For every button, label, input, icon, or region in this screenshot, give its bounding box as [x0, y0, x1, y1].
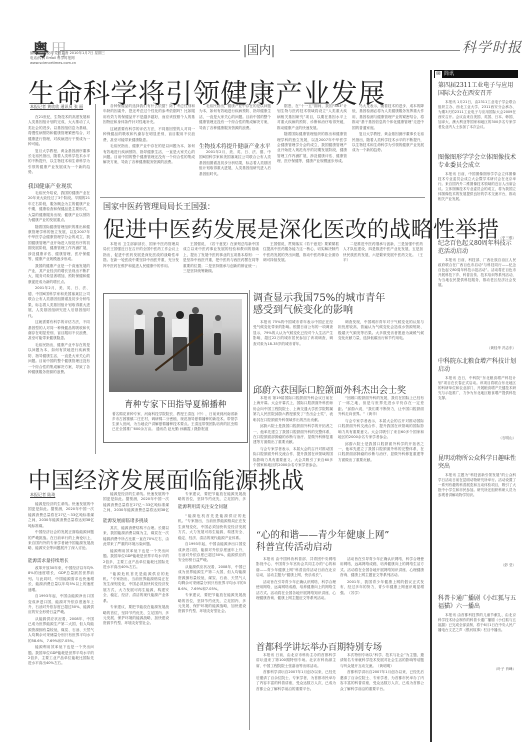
article-column: 王国强说，贯彻落实《若干意见》要紧紧抓住提高中医药服务能力这一核心，切实解决制约… [263, 242, 339, 286]
byline-energy: 本报记者 陆琦 [30, 492, 55, 498]
brief-item: 中科院东北粮食增产科技计划启动 本报讯 近日，中科院“东北粮食增产科技计划”项目… [438, 358, 516, 441]
subhead-current-status: 我国健康产业现状 [28, 182, 72, 190]
headline-qiu-award: 邱蔚六获国际口腔颌面外科杰出会士奖 [253, 383, 406, 396]
article-column: 改革开放30年来，中国经济以年均9.8%的速度增长，GDP总量跃居世界前列。与此… [28, 566, 94, 742]
photo-caption: 育种专家下田指导夏棉播种 [104, 398, 247, 410]
article-column: 马大龙表示，随着技术的进步、成本的降低，基因检测必将为人类健康服务发挥重大作用，… [352, 104, 424, 194]
article-column: 能源是经济的生命线。快速发展的中国更是如此。据预测，2020年中国一次能源消费总… [103, 492, 169, 514]
article-column: 各种保健品的选择我们有什么依据？除了考虑性别和年龄的因素外，您还考虑过个性化的参… [103, 104, 195, 194]
masthead-meta: 编辑/版式/校对 党报监督 2010年1月7日 星期三 电话/传真 Email … [30, 51, 120, 66]
brief-title: 中科院东北粮食增产科技计划启动 [438, 358, 516, 373]
article-column: 调查发现，中国城市青年对于气候变化的认知与担忧度较高，普遍认为气候变化会造成水资… [338, 320, 424, 380]
brief-item: 图像图形学学会立体图像技术专业委员会成立 本报讯 日前，中国图像图形学学会立体图… [438, 154, 516, 241]
article-column: 王国强说，《若干意见》在深刻总结新中国成立以来中医药事业发展的经验和教训的基础上… [183, 242, 259, 286]
brief-credit: （彭 莹） [438, 563, 516, 568]
photo-credit: 通讯员 赵允勤 孙鹏霞 / 摄影报道 [156, 427, 209, 431]
brief-title: 纪念百色起义80周年科技示范活动启动 [438, 240, 516, 255]
section-label: |国内| [243, 41, 275, 58]
headline-climate-survey: 调查显示我国75%的城市青年 感受到气候变化的影响 [253, 293, 385, 317]
news-icon: ✉ [435, 71, 442, 78]
byline-life-science: 本报记者 黄欣欣 通讯员 张 丽 [30, 104, 83, 110]
news-briefs-label: 简讯 [444, 71, 454, 77]
article-column: 专家建议，要把节能放在能源发展战略的首位，坚持节约优先、立足国内、多元发展、保护… [178, 492, 246, 502]
brief-title: 图像图形学学会立体图像技术专业委员会成立 [438, 154, 516, 169]
headline-energy: 中国经济发展面临能源挑战 [28, 462, 304, 495]
article-column: 二是推进中医药继承与创新，三是加强中医药人才队伍建设，四是推进中医产业化发展，五… [343, 242, 423, 286]
article-column: 本报讯 日前，由北京市科协主办的首都科学讲坛迎来了第100期特别专场。北京市科协… [256, 653, 336, 715]
brief-title: 昆明动物所公众科学日趣味性突出 [438, 455, 516, 470]
brief-body: 本报讯 1月21日，由2311工业电子学会联合组织主办、西北工业大学、2311西… [438, 100, 516, 156]
brief-credit: （石明山） [438, 436, 516, 441]
photo-description: 著名棉花育种专家、河南科技学院院长、教授王清连（中），日前来到河南省新乡市古固寨… [112, 412, 240, 432]
brief-credit: （叶子 肖峰） [438, 667, 516, 672]
subhead-energy-demand: 能源需求量持续增长 [28, 558, 69, 564]
masthead-rule-right [290, 50, 460, 51]
brief-body: 本报讯 近日，中科院“东北粮食增产科技计划”项目在长春正式启动。该项目将联合东北… [438, 376, 516, 436]
article-column: “能源危机首先是能源供应的危机。”专家指出，当前世界能源格局正在发生深刻变化，中… [178, 514, 246, 742]
column-rule [249, 290, 250, 730]
article-column: 据悉，在“十一五”期间，我国“863”计划生物与医药技术领域将设立“人类重大疾病… [277, 104, 347, 194]
news-briefs-sidebar: ✉简讯 第四届2311工业电子与应用国际大会在西安召开 本报讯 1月21日，由2… [430, 70, 518, 742]
subhead-energy-challenges: 能源发展面临诸多挑战 [103, 518, 148, 524]
article-column: 本报讯 75%的中国城市青年表示中国正在经受气候变化带来的影响。根据日前公布的一… [253, 320, 333, 380]
article-column: 毛裕民介绍说，我国的健康产业在20年来大致经过了3个阶段。早期的21年左右阶段，… [28, 191, 90, 403]
article-column: 能源是经济的生命线。快速发展的中国更是如此。据预测，2020年中国一次能源消费总… [28, 502, 94, 552]
brief-item: 纪念百色起义80周年科技示范活动启动 本报讯 日前，科技部、广西壮族自治区人民政… [438, 240, 516, 351]
article-column: 2001年2月，美、英、日、法、德、中国6国科学家和美国塞莱拉公司联合公布人类基… [199, 150, 271, 194]
newspaper-brand-logo: 科学时报 [462, 37, 522, 57]
subhead-energy-safety: 能源利用需关注安全问题 [178, 504, 228, 510]
brief-item: 科普卡通广播剧《小红狐与五福猫》六一播出 本报讯 由首都科技界的儿童节献礼、由北… [438, 595, 516, 672]
headline-capital-forum: 首都科学讲坛举办百期特别专场 [256, 640, 382, 653]
article-column: 本次特别专场以“科学、技术与社会”为主题，邀请知名专家就科学技术发展对社会生活的… [340, 653, 424, 715]
headline-teen-health: “心的和谐——青少年健康上网” 科普宣传活动启动 [256, 530, 389, 554]
article-column: 毛裕民指出，健康产业中存在的是以问题为本，如何有效地进行疾病预防、指导健康生活，… [199, 104, 271, 138]
kicker-tcm: 国家中医药管理局局长王国强： [103, 201, 215, 212]
brief-credit: （黄桂华 冯志东） [438, 346, 516, 351]
section-divider [100, 197, 425, 198]
brief-item: 昆明动物所公众科学日趣味性突出 本报讯 主题为“科技创新引领发展”的公众科学日活… [438, 455, 516, 568]
photo-cotton-sowing [109, 299, 242, 392]
brief-body: 本报讯 主题为“科技创新引领发展”的公众科学日活动日前在昆明动物研究所举行。活动… [438, 473, 516, 563]
article-column: 在21世纪，生物技术的高度发展和人类基因组计划的完成，大大推动了人类社会的进步。… [28, 115, 90, 175]
article-column: 本报讯 卫生部副部长、国家中医药管理局局长王国强近日在召开的全国中医药工作会议上… [103, 242, 179, 286]
article-column: 其次，能源消费结构不合理。长期以来，我国能源消费以煤为主，煤炭在一次能源消费中所… [103, 526, 169, 742]
article-column: 活动旨在引导青少年正确认识网络，科学合理使用网络，远离网络成瘾，培养健康向上的网… [340, 557, 424, 617]
column-rule [95, 104, 96, 454]
article-column: 本报讯 由中国科协科普部、共青团中央网络影视中心、中国青少年宫协会共同主办的“心… [256, 557, 336, 617]
brief-item: 第四届2311工业电子与应用国际大会在西安召开 本报讯 1月21日，由2311工… [438, 82, 516, 156]
brief-title: 科普卡通广播剧《小红狐与五福猫》六一播出 [438, 595, 516, 610]
brief-title: 第四届2311工业电子与应用国际大会在西安召开 [438, 82, 516, 97]
subhead-biotech: 生物技术将提升健康产业水平 [199, 142, 271, 150]
photo-feature-cotton: 育种专家下田指导夏棉播种 著名棉花育种专家、河南科技学院院长、教授王清连（中），… [103, 293, 248, 443]
brief-body: 本报讯 日前，科技部、广西壮族自治区人民政府联合在广西百色市启动“与科技同行——… [438, 258, 516, 346]
brief-body: 本报讯 由首都科技界的儿童节献礼、由北京科学技术协会制作的科普卡通广播剧《小红狐… [438, 613, 516, 667]
masthead-meta-line2: 电话/传真 Email 科学时报网 www.sciencetimes.com.c… [30, 56, 120, 66]
brief-body: 本报讯 日前，中国图像图形学学会立体图像技术专业委员会成立大会暨学术研讨会在北京… [438, 172, 516, 236]
article-column: “回顾口腔颌面外科的发展，我们在国际上已经有了一席之地，但是与世界先进水平仍存在… [338, 396, 424, 528]
news-briefs-badge: ✉简讯 [434, 70, 518, 78]
